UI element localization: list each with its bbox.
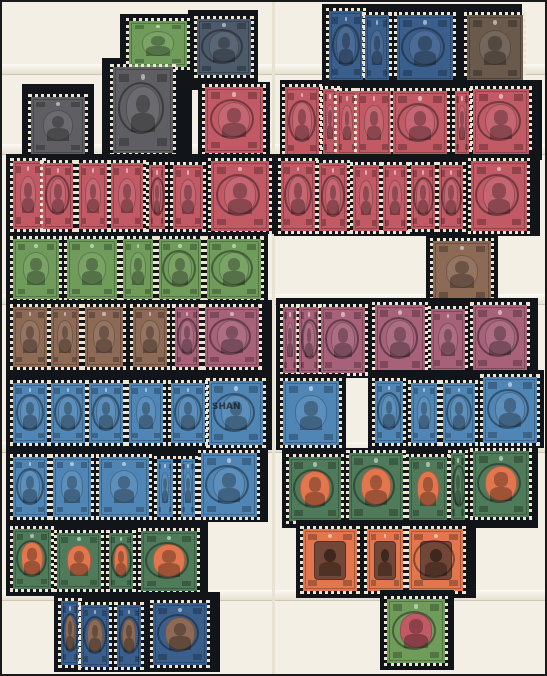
stamp-detail: [217, 219, 226, 225]
stamp-detail: [212, 244, 221, 250]
stamp-detail: [346, 96, 348, 100]
stamp-detail: [383, 70, 387, 76]
stamp-detail: [30, 258, 41, 271]
stamp-detail: [65, 168, 70, 175]
stamp-detail: [396, 432, 400, 438]
stamp-detail: [461, 458, 463, 465]
stamp: [114, 602, 144, 670]
stamp-detail: [36, 145, 45, 150]
stamp-detail: [389, 509, 398, 515]
stamp-detail: [294, 510, 302, 516]
stamp-detail: [187, 464, 188, 468]
stamp-detail: [488, 382, 497, 389]
stamp-detail: [136, 462, 144, 468]
stamp-detail: [354, 362, 361, 368]
stamp-detail: [414, 388, 418, 394]
stamp: [448, 450, 468, 524]
stamp-detail: [38, 507, 43, 512]
stamp-detail: [429, 218, 433, 224]
stamp: [96, 454, 152, 520]
stamp-detail: [423, 477, 432, 491]
stamp-detail: [74, 654, 77, 660]
stamp-detail: [102, 656, 106, 662]
stamp-detail: [186, 312, 188, 316]
stamp-detail: [308, 580, 317, 586]
stamp-detail: [61, 537, 68, 543]
stamp-detail: [247, 244, 256, 250]
postmark-cancel: [162, 250, 195, 287]
stamp-detail: [72, 357, 76, 362]
stamp-detail: [382, 96, 387, 102]
postmark-cancel: [392, 611, 437, 650]
stamp-detail: [100, 168, 104, 175]
stamp-detail: [135, 656, 139, 662]
stamp-detail: [56, 102, 60, 106]
stamp-detail: [394, 170, 396, 175]
stamp-detail: [461, 509, 463, 515]
stamp-detail: [245, 312, 254, 318]
stamp-detail: [195, 170, 200, 176]
stamp: [480, 374, 540, 446]
stamp-detail: [456, 96, 458, 102]
stamp-detail: [373, 96, 376, 100]
stamp-detail: [118, 476, 130, 489]
stamp-detail: [190, 244, 197, 250]
postmark-cancel: [325, 319, 360, 359]
stamp-detail: [242, 458, 251, 464]
stamp-detail: [195, 218, 200, 224]
stamp-detail: [249, 386, 258, 392]
stamp-detail: [147, 581, 156, 586]
stamp-detail: [18, 244, 25, 250]
postmark-cancel: [477, 101, 520, 141]
stamp-detail: [113, 357, 119, 362]
stamp: [316, 160, 350, 234]
stamp-detail: [429, 170, 433, 176]
stamp-detail: [322, 168, 326, 175]
postmark-cancel: [301, 319, 319, 359]
stamp-detail: [177, 312, 181, 318]
stamp-detail: [514, 456, 523, 463]
stamp-detail: [284, 312, 286, 319]
postmark-cancel: [475, 174, 518, 217]
stamp-detail: [287, 343, 293, 358]
stamp-detail: [159, 464, 162, 470]
stamp: [372, 302, 428, 376]
stamp-detail: [363, 186, 369, 201]
stockbook-page: SHAN: [0, 0, 547, 676]
stamp-detail: [452, 458, 454, 465]
stamp-detail: [71, 102, 80, 108]
stamp-detail: [513, 360, 522, 366]
stamp-detail: [498, 310, 502, 315]
stamp-detail: [104, 244, 112, 250]
stamp: [198, 450, 260, 520]
stamp-detail: [479, 144, 488, 150]
stamp-detail: [182, 536, 191, 542]
stamp: [150, 600, 210, 668]
stamp-detail: [324, 144, 326, 150]
stamp-detail: [232, 92, 237, 97]
stamp: [408, 162, 438, 232]
stamp-detail: [367, 70, 371, 76]
stamp-detail: [389, 458, 398, 465]
stamp-detail: [390, 201, 400, 216]
stamp-detail: [174, 433, 179, 438]
stamp-detail: [339, 144, 342, 150]
stamp-detail: [430, 652, 439, 658]
stamp-detail: [513, 310, 522, 317]
stamp-detail: [324, 434, 333, 440]
stamp-detail: [156, 170, 157, 174]
stamp-detail: [401, 220, 405, 226]
postmark-cancel: [353, 465, 395, 506]
stamp-detail: [367, 20, 371, 27]
stamp: [436, 162, 466, 232]
stamp: [452, 88, 472, 158]
stamp-detail: [325, 312, 332, 319]
stamp-detail: [461, 96, 462, 100]
stamp-detail: [382, 144, 387, 150]
postmark-cancel: [111, 543, 132, 578]
stamp-detail: [508, 20, 517, 27]
stamp-detail: [343, 126, 351, 140]
stamp-detail: [135, 59, 144, 63]
postmark-cancel: [293, 469, 333, 508]
stamp: [76, 160, 110, 232]
postmark-text: SHAN: [212, 402, 241, 412]
stamp-detail: [47, 289, 54, 294]
stamp-detail: [114, 433, 119, 438]
stamp-detail: [202, 66, 211, 71]
stamp-detail: [308, 312, 310, 317]
stamp-detail: [284, 362, 286, 368]
stamp-detail: [254, 219, 263, 225]
stamp-detail: [403, 70, 412, 76]
stamp-detail: [459, 126, 465, 140]
stamp-detail: [367, 126, 381, 140]
stamp: [406, 526, 466, 594]
stamp-detail: [340, 219, 344, 225]
stamp: [110, 64, 176, 156]
stamp: [354, 88, 394, 158]
postmark-cancel: [150, 177, 165, 216]
stamp-detail: [354, 509, 363, 515]
stamp: [172, 304, 202, 370]
stamp-detail: [328, 510, 336, 516]
stamp-detail: [119, 656, 123, 662]
stamp-detail: [210, 357, 219, 362]
stamp: [282, 84, 322, 160]
stamp-detail: [476, 246, 485, 252]
stamp-detail: [398, 96, 407, 102]
stamp-detail: [456, 360, 461, 366]
postmark-cancel: [119, 616, 140, 654]
stamp-detail: [479, 94, 488, 101]
stamp-detail: [372, 220, 376, 226]
stamp-detail: [17, 534, 23, 540]
stamp-detail: [16, 462, 21, 468]
stamp-detail: [284, 219, 289, 225]
postmark-cancel: [16, 540, 47, 577]
stamp-detail: [41, 579, 47, 584]
stamp: [130, 304, 170, 370]
stamp-detail: [441, 342, 455, 356]
stamp-detail: [16, 357, 21, 362]
stamp-detail: [420, 492, 435, 506]
postmark-cancel: [177, 318, 198, 355]
stamp: [64, 236, 120, 302]
stamp-detail: [122, 462, 126, 466]
stamp-detail: [174, 388, 179, 394]
stamp-detail: [190, 289, 197, 294]
stamp-detail: [89, 312, 95, 318]
stamp-detail: [104, 507, 112, 512]
stamp-detail: [54, 312, 58, 318]
stamp-detail: [113, 312, 119, 318]
stamp: [126, 18, 190, 70]
stamp: [468, 158, 530, 234]
stamp-detail: [457, 218, 461, 224]
stamp-detail: [126, 244, 131, 250]
stamp-detail: [151, 170, 154, 176]
stamp-detail: [304, 401, 317, 415]
stamp-detail: [508, 70, 517, 76]
stamp: [300, 526, 360, 594]
stamp-detail: [69, 606, 70, 610]
stamp-detail: [182, 507, 184, 512]
stamp-detail: [145, 244, 150, 250]
stamp-detail: [248, 92, 257, 99]
stamp-detail: [254, 167, 263, 174]
stamp-detail: [392, 186, 398, 201]
postmark-cancel: [201, 29, 243, 64]
stamp-detail: [306, 219, 311, 225]
stamp: [428, 306, 468, 374]
stamp-detail: [383, 20, 387, 27]
stamp-detail: [176, 218, 181, 224]
stamp: [278, 158, 318, 234]
stamp-detail: [38, 433, 43, 438]
stamp: [206, 378, 266, 448]
stamp-detail: [135, 218, 140, 224]
stamp-detail: [47, 244, 54, 250]
stamp-detail: [232, 244, 236, 248]
stamp-detail: [437, 462, 443, 468]
stamp: [10, 236, 62, 302]
stamp-detail: [143, 339, 157, 352]
stamp-detail: [465, 144, 467, 150]
stamp-detail: [514, 506, 523, 512]
stamp: [286, 454, 344, 524]
stamp-detail: [47, 128, 69, 141]
stamp-detail: [441, 218, 445, 224]
stamp-detail: [378, 562, 392, 576]
stamp-detail: [30, 534, 33, 538]
stamp: [362, 12, 392, 84]
stamp-detail: [212, 289, 221, 294]
stamp-detail: [484, 51, 506, 66]
stamp-detail: [434, 314, 439, 320]
stamp: [10, 526, 54, 592]
stamp-detail: [132, 433, 137, 438]
stamp-detail: [211, 92, 220, 99]
stamp-detail: [455, 261, 469, 275]
stamp-detail: [67, 476, 76, 489]
stamp-detail: [36, 102, 45, 108]
stamp-detail: [57, 462, 63, 468]
postmark-cancel: [83, 616, 107, 654]
stamp-detail: [191, 507, 193, 512]
stamp: [10, 454, 50, 520]
stamp-detail: [96, 339, 111, 352]
postmark-cancel: [211, 250, 253, 287]
stamp: [464, 12, 526, 84]
stamp-detail: [217, 167, 226, 174]
stamp-detail: [361, 201, 371, 216]
postmark-cancel: [145, 542, 188, 579]
stamp-detail: [161, 170, 164, 176]
postmark-cancel: [92, 394, 120, 431]
stamp-detail: [151, 36, 165, 46]
stamp-detail: [314, 312, 317, 319]
stamp-detail: [135, 25, 144, 30]
stamp-detail: [393, 604, 402, 610]
stamp-detail: [92, 433, 97, 438]
postmark-cancel: [54, 394, 82, 431]
stamp-detail: [414, 433, 418, 438]
stamp-detail: [380, 361, 388, 367]
stamp-detail: [354, 312, 361, 319]
stamp-detail: [87, 199, 98, 214]
stamp-detail: [72, 244, 80, 250]
stamp-detail: [418, 96, 422, 100]
stamp-detail: [162, 490, 168, 503]
stamp-detail: [324, 386, 333, 392]
postmark-cancel: [413, 177, 434, 216]
stamp-detail: [242, 506, 251, 512]
stamp: [138, 528, 200, 594]
stamp-detail: [394, 580, 400, 586]
stamp-detail: [512, 219, 521, 225]
stamp: [48, 380, 88, 446]
stamp-detail: [441, 170, 445, 176]
stamp-detail: [178, 244, 181, 248]
stamp-detail: [127, 537, 131, 543]
page-divider: [272, 2, 275, 674]
postmark-cancel: [213, 393, 255, 432]
stamp-detail: [372, 51, 382, 66]
stamp-detail: [300, 416, 322, 430]
postmark-cancel: [118, 82, 164, 133]
stamp-detail: [488, 36, 501, 51]
stamp-detail: [343, 580, 352, 586]
stamp-detail: [512, 167, 521, 174]
stamp-detail: [158, 654, 167, 660]
stamp-detail: [164, 464, 165, 468]
stamp-detail: [439, 246, 448, 252]
stamp-detail: [319, 562, 341, 576]
stamp: [346, 450, 406, 524]
stamp: [208, 158, 272, 234]
stamp-detail: [465, 96, 467, 102]
stamp-detail: [191, 464, 193, 470]
stamp-detail: [393, 652, 402, 658]
stamp-detail: [413, 218, 417, 224]
postmark-cancel: [174, 394, 202, 431]
stamp-detail: [196, 433, 201, 438]
stamp-detail: [57, 507, 63, 512]
stamp: [82, 304, 126, 370]
stamp: [106, 530, 136, 592]
stamp-detail: [151, 218, 154, 224]
stamp-detail: [449, 534, 458, 540]
stamp-detail: [467, 433, 472, 438]
stamp: [28, 94, 88, 158]
stamp-detail: [126, 289, 131, 294]
stamp-detail: [16, 166, 21, 173]
stamp-detail: [202, 23, 211, 29]
stamp-detail: [114, 168, 119, 175]
stamp: [430, 238, 494, 306]
stamp-detail: [294, 462, 302, 468]
stamp-detail: [154, 388, 159, 394]
stamp-detail: [54, 357, 58, 362]
stamp-detail: [147, 536, 156, 542]
postmark-cancel: [446, 394, 472, 431]
stamp-detail: [207, 458, 216, 464]
stamp-detail: [385, 170, 389, 177]
stamp-detail: [314, 362, 317, 368]
stamp-detail: [360, 144, 365, 150]
stamp-detail: [207, 506, 216, 512]
stamp-detail: [135, 168, 140, 175]
stamp-detail: [172, 25, 181, 30]
stamp-detail: [99, 326, 108, 339]
stamp-detail: [343, 534, 352, 540]
stamp-detail: [38, 462, 43, 468]
stamp-detail: [499, 456, 503, 461]
stamp: [204, 236, 264, 302]
stamp-detail: [514, 94, 523, 101]
stamp-detail: [371, 534, 377, 540]
stamp-detail: [328, 110, 331, 125]
stamp-detail: [456, 144, 458, 150]
stamp-detail: [161, 218, 164, 224]
stamp-detail: [81, 462, 87, 468]
stamp-detail: [82, 168, 86, 175]
stamp-detail: [72, 312, 76, 318]
stamp-detail: [370, 111, 378, 125]
stamp-detail: [401, 170, 405, 177]
stamp-detail: [102, 312, 105, 316]
stamp-detail: [433, 96, 442, 102]
stamp-detail: [245, 357, 254, 362]
stamp-detail: [457, 170, 461, 176]
stamp-detail: [210, 312, 219, 318]
stamp-detail: [177, 357, 181, 362]
postmark-cancel: [288, 100, 316, 143]
stamp: [10, 304, 50, 370]
stamp-detail: [457, 458, 458, 463]
stamp-detail: [111, 580, 115, 585]
stamp-detail: [523, 432, 532, 438]
stamp-detail: [65, 218, 70, 224]
stamp-detail: [46, 168, 51, 175]
stamp-detail: [414, 604, 419, 608]
stamp-detail: [327, 125, 333, 140]
stamp-detail: [452, 509, 454, 515]
